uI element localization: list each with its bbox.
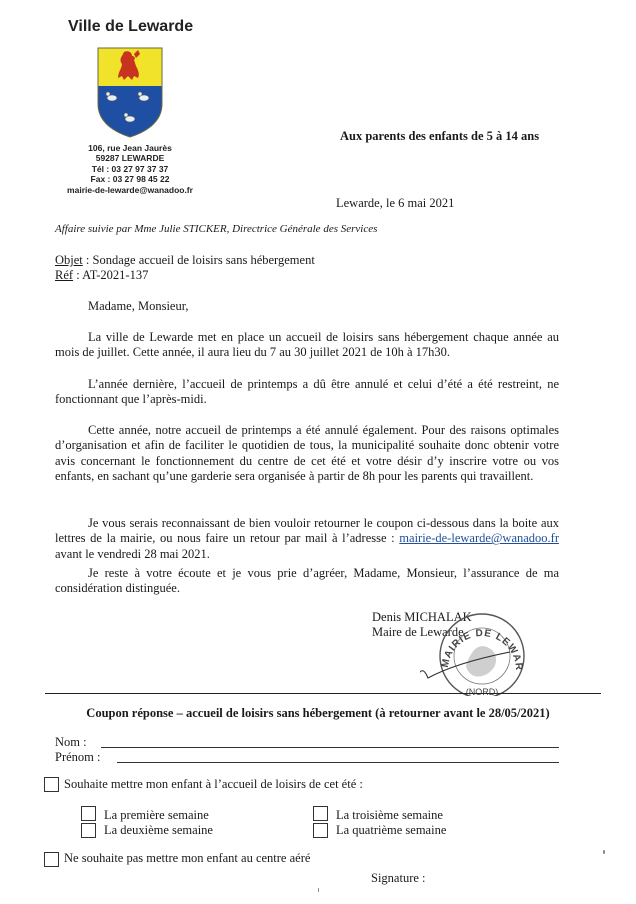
paragraph-text: La ville de Lewarde met en place un accu… <box>55 330 559 361</box>
recipient-line: Aux parents des enfants de 5 à 14 ans <box>340 129 539 144</box>
name-field: Nom : <box>55 735 87 750</box>
week-4-checkbox[interactable] <box>313 823 328 838</box>
paragraph-closing: Je reste à votre écoute et je vous prie … <box>55 566 559 597</box>
date-line: Lewarde, le 6 mai 2021 <box>336 196 454 211</box>
week-1-label: La première semaine <box>104 808 209 823</box>
scan-speck <box>318 888 319 892</box>
coupon-title: Coupon réponse – accueil de loisirs sans… <box>0 706 636 721</box>
return-deadline: avant le vendredi 28 mai 2021. <box>55 547 210 561</box>
enroll-checkbox[interactable] <box>44 777 59 792</box>
paragraph-survey: Cette année, notre accueil de printemps … <box>55 423 559 484</box>
subject-label: Objet <box>55 253 83 267</box>
paragraph-text: Je vous serais reconnaissant de bien vou… <box>55 516 559 562</box>
reference-value: AT-2021-137 <box>82 268 148 282</box>
stamp-region: (NORD) <box>466 687 499 696</box>
week-3-checkbox[interactable] <box>313 806 328 821</box>
address-email: mairie-de-lewarde@wanadoo.fr <box>60 185 200 195</box>
address-city: 59287 LEWARDE <box>60 153 200 163</box>
email-link[interactable]: mairie-de-lewarde@wanadoo.fr <box>399 531 559 545</box>
signature-label: Signature : <box>371 871 426 886</box>
week-1-checkbox[interactable] <box>81 806 96 821</box>
town-address: 106, rue Jean Jaurès 59287 LEWARDE Tél :… <box>60 143 200 195</box>
paragraph-dates: La ville de Lewarde met en place un accu… <box>55 330 559 361</box>
name-label: Nom : <box>55 735 87 749</box>
week-4-label: La quatrième semaine <box>336 823 446 838</box>
signature-area[interactable] <box>371 888 551 902</box>
subject-sep: : <box>83 253 93 267</box>
paragraph-text: Cette année, notre accueil de printemps … <box>55 423 559 484</box>
firstname-label: Prénom : <box>55 750 100 764</box>
firstname-field: Prénom : <box>55 750 100 765</box>
greeting: Madame, Monsieur, <box>88 299 189 314</box>
subject-block: Objet : Sondage accueil de loisirs sans … <box>55 253 315 282</box>
paragraph-text: L’année dernière, l’accueil de printemps… <box>55 377 559 408</box>
reference-label: Réf <box>55 268 73 282</box>
week-2-label: La deuxième semaine <box>104 823 213 838</box>
reference-line: Réf : AT-2021-137 <box>55 268 315 283</box>
address-fax: Fax : 03 27 98 45 22 <box>60 174 200 184</box>
reference-sep: : <box>73 268 82 282</box>
coat-of-arms-icon <box>96 46 164 138</box>
subject-value: Sondage accueil de loisirs sans hébergem… <box>93 253 315 267</box>
subject-line: Objet : Sondage accueil de loisirs sans … <box>55 253 315 268</box>
town-name: Ville de Lewarde <box>68 18 193 36</box>
paragraph-return: Je vous serais reconnaissant de bien vou… <box>55 516 559 562</box>
affaire-line: Affaire suivie par Mme Julie STICKER, Di… <box>55 223 377 235</box>
address-phone: Tél : 03 27 97 37 37 <box>60 164 200 174</box>
mayor-stamp-icon: MAIRIE DE LEWARDE (NORD) <box>420 606 532 696</box>
scan-speck <box>603 850 605 854</box>
week-3-label: La troisième semaine <box>336 808 443 823</box>
decline-checkbox[interactable] <box>44 852 59 867</box>
paragraph-last-year: L’année dernière, l’accueil de printemps… <box>55 377 559 408</box>
firstname-input[interactable] <box>117 750 559 763</box>
address-street: 106, rue Jean Jaurès <box>60 143 200 153</box>
name-input[interactable] <box>101 735 559 748</box>
decline-label: Ne souhaite pas mettre mon enfant au cen… <box>64 851 310 866</box>
paragraph-text: Je reste à votre écoute et je vous prie … <box>55 566 559 597</box>
week-2-checkbox[interactable] <box>81 823 96 838</box>
enroll-label: Souhaite mettre mon enfant à l’accueil d… <box>64 777 363 792</box>
cut-line-divider <box>45 693 601 694</box>
